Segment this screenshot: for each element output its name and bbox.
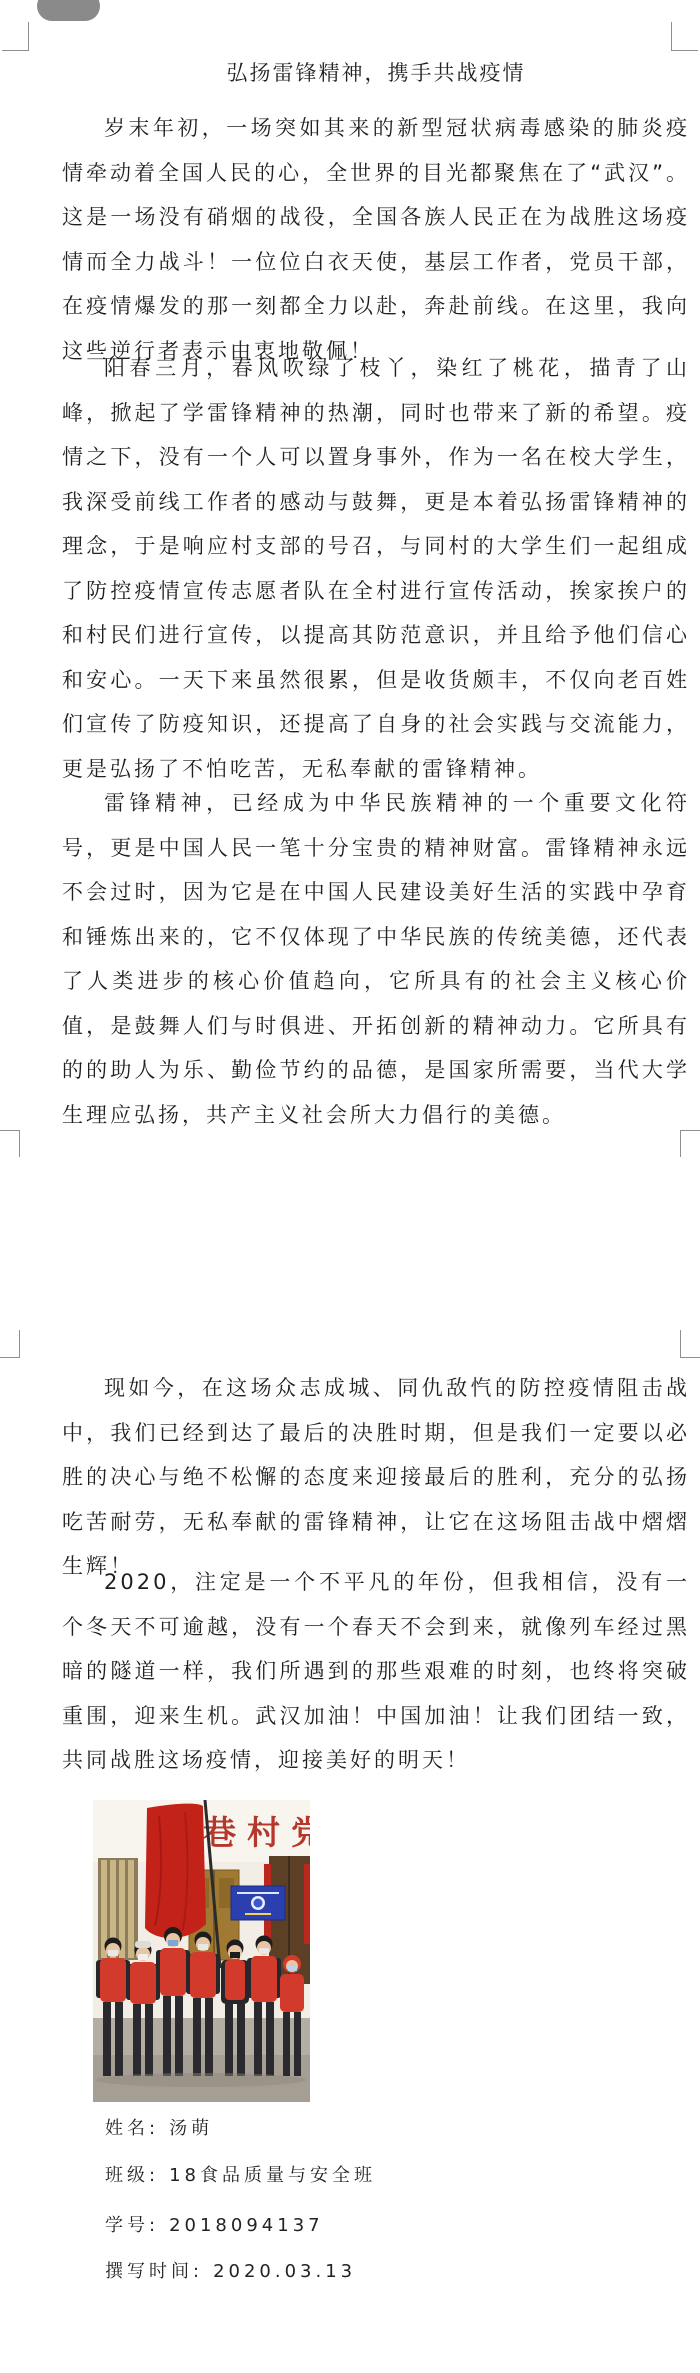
essay-paragraph-1: 岁末年初，一场突如其来的新型冠状病毒感染的肺炎疫情牵动着全国人民的心，全世界的目… xyxy=(62,106,690,373)
crop-mark-page1-top-right xyxy=(671,22,698,51)
meta-label-class: 班级: xyxy=(105,2165,159,2186)
meta-row-name: 姓名:汤萌 xyxy=(105,2115,213,2143)
meta-label-date: 撰写时间: xyxy=(105,2261,203,2282)
essay-paragraph-2: 阳春三月，春风吹绿了枝丫，染红了桃花，描青了山峰，掀起了学雷锋精神的热潮，同时也… xyxy=(62,346,690,791)
essay-paragraph-5: 2020，注定是一个不平凡的年份，但我相信，没有一个冬天不可逾越，没有一个春天不… xyxy=(62,1560,690,1783)
meta-label-name: 姓名: xyxy=(105,2118,159,2139)
meta-value-class: 18食品质量与安全班 xyxy=(169,2165,376,2186)
crop-mark-page1-bottom-left xyxy=(0,1130,20,1157)
essay-title: 弘扬雷锋精神，携手共战疫情 xyxy=(62,57,690,87)
meta-value-date: 2020.03.13 xyxy=(213,2261,356,2282)
meta-row-date: 撰写时间:2020.03.13 xyxy=(105,2258,356,2286)
essay-paragraph-3: 雷锋精神，已经成为中华民族精神的一个重要文化符号，更是中国人民一笔十分宝贵的精神… xyxy=(62,781,690,1137)
volunteer-group-photo: 王巷村党群服务 xyxy=(93,1800,310,2102)
floating-bubble xyxy=(37,0,100,21)
meta-row-student-id: 学号:2018094137 xyxy=(105,2212,324,2240)
meta-label-student-id: 学号: xyxy=(105,2215,159,2236)
meta-value-name: 汤萌 xyxy=(169,2118,213,2139)
meta-row-class: 班级:18食品质量与安全班 xyxy=(105,2162,376,2190)
essay-paragraph-4: 现如今，在这场众志成城、同仇敌忾的防控疫情阻击战中，我们已经到达了最后的决胜时期… xyxy=(62,1366,690,1589)
people-shadow xyxy=(96,2073,306,2087)
page-root: { "theme": { "ink": "#1f1f1f", "mark": "… xyxy=(0,0,700,2373)
crop-mark-page2-top-right xyxy=(680,1330,700,1358)
meta-value-student-id: 2018094137 xyxy=(169,2215,324,2236)
volunteer-group-photo-art: 王巷村党群服务 xyxy=(93,1800,310,2102)
crop-mark-page2-top-left xyxy=(0,1330,20,1358)
crop-mark-page1-top-left xyxy=(2,22,29,51)
volunteer-banner xyxy=(231,1886,285,1920)
